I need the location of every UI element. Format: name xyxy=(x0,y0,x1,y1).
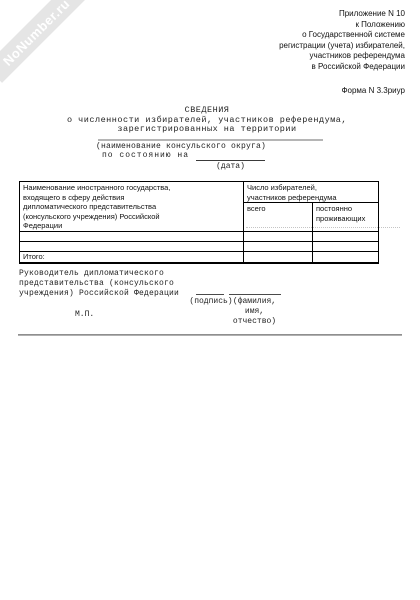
bottom-divider xyxy=(18,334,402,336)
table-row xyxy=(20,242,379,252)
date-underline xyxy=(196,160,265,161)
as-of-label: по состоянию на xyxy=(102,151,189,160)
appendix-line: о Государственной системе xyxy=(279,30,405,41)
appendix-block: Приложение N 10 к Положению о Государств… xyxy=(279,9,405,72)
appendix-line: в Российской Федерации xyxy=(279,62,405,73)
form-number: Форма N 3.3риур xyxy=(341,86,405,95)
title-line: зарегистрированных на территории xyxy=(0,125,414,135)
scan-artifact-line xyxy=(246,227,400,228)
state-name-cell xyxy=(20,232,244,242)
watermark-ribbon: NoNumber.ru xyxy=(0,0,87,83)
territory-name-caption: (наименование консульского округа) xyxy=(96,142,266,151)
appendix-line: к Положению xyxy=(279,20,405,31)
full-name-underline xyxy=(229,294,281,295)
column-header-voters-count: Число избирателей, участников референдум… xyxy=(244,182,379,203)
total-label-cell: Итого: xyxy=(20,252,244,264)
total-cell xyxy=(244,242,313,252)
total-cell xyxy=(244,252,313,264)
permanent-cell xyxy=(313,252,379,264)
voters-count-table: Наименование иностранного государства, в… xyxy=(19,181,379,264)
territory-name-underline xyxy=(98,139,323,141)
document-title: СВЕДЕНИЯ о численности избирателей, учас… xyxy=(0,106,414,135)
permanent-cell xyxy=(313,232,379,242)
watermark-text: NoNumber.ru xyxy=(0,0,72,68)
column-header-state-name: Наименование иностранного государства, в… xyxy=(20,182,244,232)
permanent-cell xyxy=(313,242,379,252)
full-name-caption: (фамилия, имя, отчество) xyxy=(221,297,288,327)
date-caption: (дата) xyxy=(196,162,265,171)
appendix-line: регистрации (учета) избирателей, xyxy=(279,41,405,52)
appendix-line: Приложение N 10 xyxy=(279,9,405,20)
state-name-cell xyxy=(20,242,244,252)
total-cell xyxy=(244,232,313,242)
signature-underline xyxy=(196,294,224,295)
signatory-role: Руководитель дипломатического представит… xyxy=(19,269,179,299)
appendix-line: участников референдума xyxy=(279,51,405,62)
table-total-row: Итого: xyxy=(20,252,379,264)
stamp-placeholder: М.П. xyxy=(75,310,94,319)
document-page: NoNumber.ru Приложение N 10 к Положению … xyxy=(0,0,420,600)
table-row xyxy=(20,232,379,242)
